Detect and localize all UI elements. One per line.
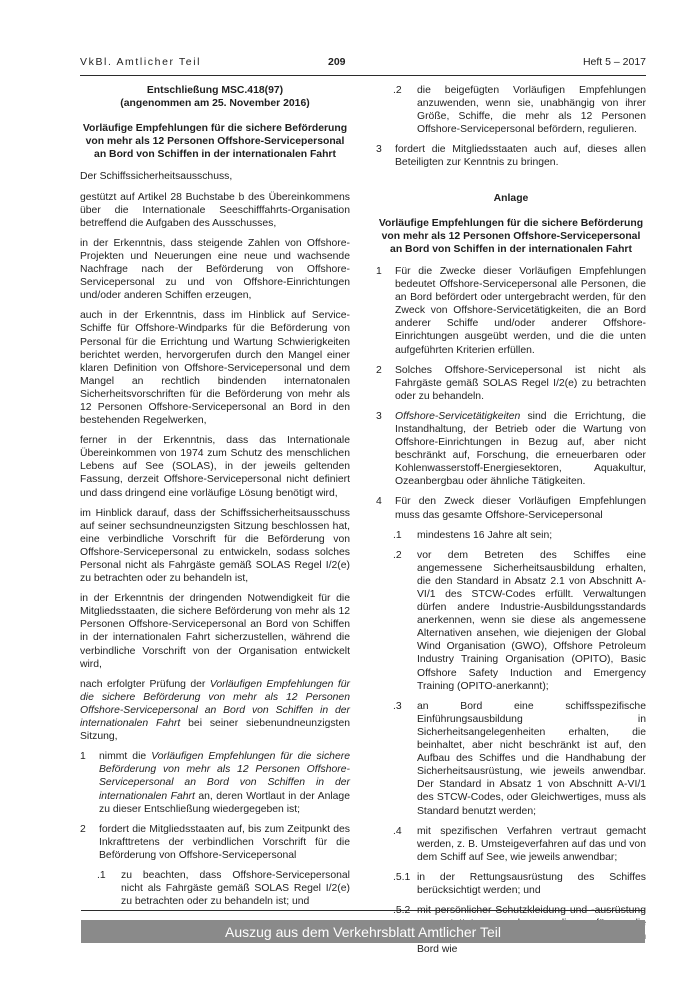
section-heading: Vorläufige Empfehlungen für die sichere … xyxy=(376,217,646,256)
sub-item: .4mit spezifischen Verfahren vertraut ge… xyxy=(376,825,646,864)
text-run: fordert die Mitgliedsstaaten auf, bis zu… xyxy=(99,824,350,861)
text-run: an Bord eine schiffsspezifische Einführu… xyxy=(417,701,646,817)
page-content: VkBl. Amtlicher Teil 209 Heft 5 – 2017 E… xyxy=(80,56,646,963)
item-number: .3 xyxy=(393,700,417,818)
text-run: auch in der Erkenntnis, dass im Hinblick… xyxy=(80,310,350,426)
item-text: Für die Zwecke dieser Vorläufigen Empfeh… xyxy=(395,265,646,357)
item-number: 1 xyxy=(376,265,395,357)
item-text: mindestens 16 Jahre alt sein; xyxy=(417,529,646,542)
numbered-item: 3Offshore-Servicetätigkeiten sind die Er… xyxy=(376,410,646,489)
item-text: fordert die Mitgliedsstaaten auch auf, d… xyxy=(395,143,646,169)
left-column: Entschließung MSC.418(97)(angenommen am … xyxy=(80,84,350,963)
numbered-item: 4Für den Zweck dieser Vorläufigen Empfeh… xyxy=(376,495,646,521)
sub-item: .2vor dem Betreten des Schiffes eine ang… xyxy=(376,549,646,693)
text-run: in der Erkenntnis, dass steigende Zahlen… xyxy=(80,238,350,301)
item-number: 3 xyxy=(376,143,395,169)
text-run: die beigefügten Vorläufigen Empfehlungen… xyxy=(417,85,646,135)
heading-line: Entschließung MSC.418(97) xyxy=(80,84,350,97)
item-text: vor dem Betreten des Schiffes eine angem… xyxy=(417,549,646,693)
item-text: an Bord eine schiffsspezifische Einführu… xyxy=(417,700,646,818)
sub-item: .3an Bord eine schiffsspezifische Einfüh… xyxy=(376,700,646,818)
page-header: VkBl. Amtlicher Teil 209 Heft 5 – 2017 xyxy=(80,56,646,76)
header-issue-label: Heft 5 – 2017 xyxy=(583,56,646,68)
text-run: in der Erkenntnis der dringenden Notwend… xyxy=(80,593,350,669)
item-text: nimmt die Vorläufigen Empfehlungen für d… xyxy=(99,750,350,815)
paragraph: in der Erkenntnis, dass steigende Zahlen… xyxy=(80,237,350,302)
paragraph: in der Erkenntnis der dringenden Notwend… xyxy=(80,592,350,671)
italic-text-run: Offshore-Servicetätigkeiten xyxy=(395,411,520,422)
item-number: .5.1 xyxy=(393,871,417,897)
paragraph: Der Schiffssicherheitsausschuss, xyxy=(80,170,350,183)
numbered-item: 2fordert die Mitgliedsstaaten auf, bis z… xyxy=(80,823,350,862)
item-number: .1 xyxy=(393,529,417,542)
text-run: gestützt auf Artikel 28 Buchstabe b des … xyxy=(80,192,350,229)
item-text: Solches Offshore-Servicepersonal ist nic… xyxy=(395,364,646,403)
text-run: vor dem Betreten des Schiffes eine angem… xyxy=(417,550,646,692)
paragraph: im Hinblick darauf, dass der Schiffssich… xyxy=(80,507,350,586)
item-text: fordert die Mitgliedsstaaten auf, bis zu… xyxy=(99,823,350,862)
header-journal-title: VkBl. Amtlicher Teil xyxy=(80,56,201,68)
numbered-item: 1nimmt die Vorläufigen Empfehlungen für … xyxy=(80,750,350,815)
paragraph: nach erfolgter Prüfung der Vorläufigen E… xyxy=(80,678,350,743)
item-text: in der Rettungsausrüstung des Schiffes b… xyxy=(417,871,646,897)
paragraph: auch in der Erkenntnis, dass im Hinblick… xyxy=(80,309,350,427)
text-run: sind die Errichtung, die Instandhaltung,… xyxy=(395,411,646,487)
item-number: 1 xyxy=(80,750,99,815)
item-number: .4 xyxy=(393,825,417,864)
text-run: mit spezifischen Verfahren vertraut gema… xyxy=(417,826,646,863)
section-heading: Anlage xyxy=(376,192,646,205)
text-run: mindestens 16 Jahre alt sein; xyxy=(417,530,552,541)
item-text: mit spezifischen Verfahren vertraut gema… xyxy=(417,825,646,864)
numbered-item: 1Für die Zwecke dieser Vorläufigen Empfe… xyxy=(376,265,646,357)
text-run: Solches Offshore-Servicepersonal ist nic… xyxy=(395,365,646,402)
item-number: .2 xyxy=(393,549,417,693)
item-number: 4 xyxy=(376,495,395,521)
item-number: .1 xyxy=(97,869,121,908)
item-text: Für den Zweck dieser Vorläufigen Empfehl… xyxy=(395,495,646,521)
text-run: im Hinblick darauf, dass der Schiffssich… xyxy=(80,508,350,584)
header-page-number: 209 xyxy=(328,56,346,68)
section-heading: Vorläufige Empfehlungen für die sichere … xyxy=(80,122,350,161)
footer-bar: Auszug aus dem Verkehrsblatt Amtlicher T… xyxy=(81,920,645,943)
text-run: nach erfolgter Prüfung der xyxy=(80,679,210,690)
text-run: nimmt die xyxy=(99,751,151,762)
item-text: Offshore-Servicetätigkeiten sind die Err… xyxy=(395,410,646,489)
right-column: .2die beigefügten Vorläufigen Empfehlung… xyxy=(376,84,646,963)
paragraph: ferner in der Erkenntnis, dass das Inter… xyxy=(80,434,350,499)
sub-item: .2die beigefügten Vorläufigen Empfehlung… xyxy=(376,84,646,136)
numbered-item: 3fordert die Mitgliedsstaaten auch auf, … xyxy=(376,143,646,169)
item-text: zu beachten, dass Offshore-Serviceperson… xyxy=(121,869,350,908)
footer-rule xyxy=(81,910,645,911)
text-run: fordert die Mitgliedsstaaten auch auf, d… xyxy=(395,144,646,168)
document-page: VkBl. Amtlicher Teil 209 Heft 5 – 2017 E… xyxy=(0,0,700,990)
item-number: 2 xyxy=(376,364,395,403)
section-heading: Entschließung MSC.418(97)(angenommen am … xyxy=(80,84,350,110)
text-run: in der Rettungsausrüstung des Schiffes b… xyxy=(417,872,646,896)
sub-item: .1zu beachten, dass Offshore-Servicepers… xyxy=(80,869,350,908)
two-column-layout: Entschließung MSC.418(97)(angenommen am … xyxy=(80,84,646,963)
paragraph: gestützt auf Artikel 28 Buchstabe b des … xyxy=(80,191,350,230)
text-run: ferner in der Erkenntnis, dass das Inter… xyxy=(80,435,350,498)
item-number: 3 xyxy=(376,410,395,489)
text-run: Der Schiffssicherheitsausschuss, xyxy=(80,171,232,182)
numbered-item: 2Solches Offshore-Servicepersonal ist ni… xyxy=(376,364,646,403)
page-footer: Auszug aus dem Verkehrsblatt Amtlicher T… xyxy=(81,910,645,943)
item-number: 2 xyxy=(80,823,99,862)
sub-item: .1mindestens 16 Jahre alt sein; xyxy=(376,529,646,542)
heading-line: (angenommen am 25. November 2016) xyxy=(80,97,350,110)
text-run: Für die Zwecke dieser Vorläufigen Empfeh… xyxy=(395,266,646,356)
item-text: die beigefügten Vorläufigen Empfehlungen… xyxy=(417,84,646,136)
item-number: .2 xyxy=(393,84,417,136)
footer-label: Auszug aus dem Verkehrsblatt Amtlicher T… xyxy=(225,924,501,940)
text-run: zu beachten, dass Offshore-Serviceperson… xyxy=(121,870,350,907)
sub-item: .5.1in der Rettungsausrüstung des Schiff… xyxy=(376,871,646,897)
text-run: Für den Zweck dieser Vorläufigen Empfehl… xyxy=(395,496,646,520)
